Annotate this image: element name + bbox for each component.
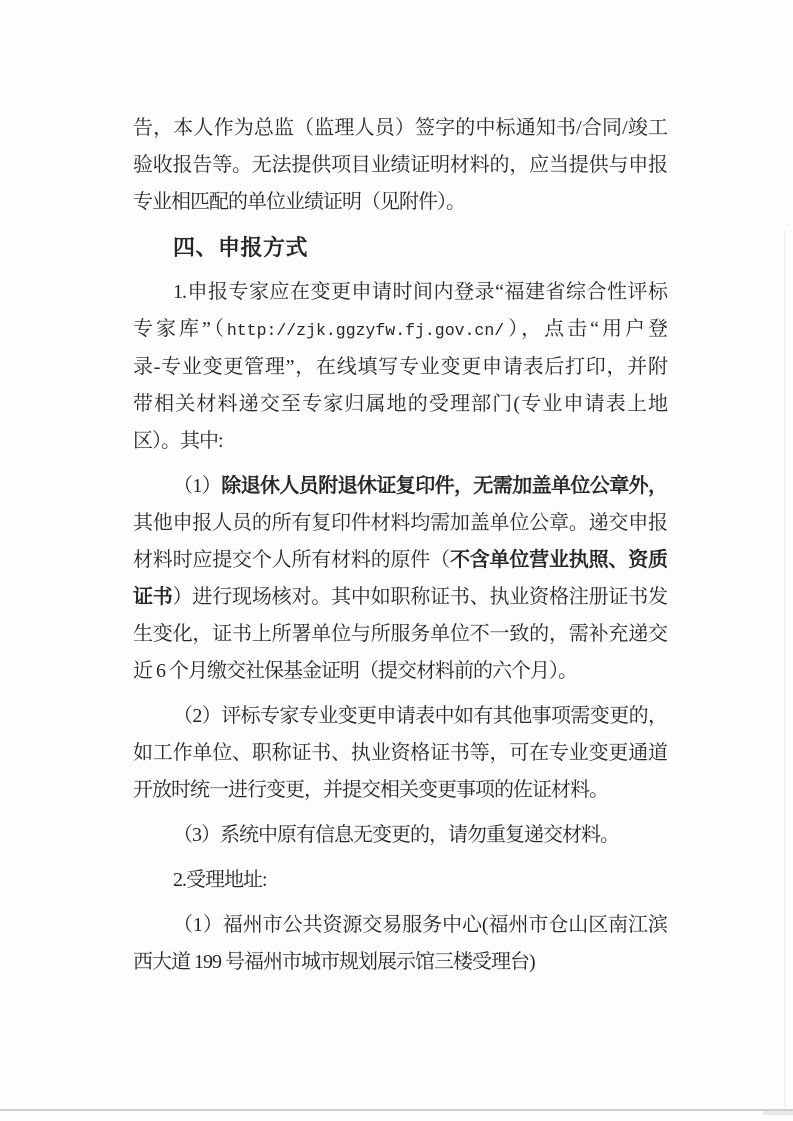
text-line: 四、申报方式 bbox=[133, 229, 667, 266]
text-line: 生变化，证书上所署单位与所服务单位不一致的，需补充递交 bbox=[133, 616, 667, 653]
bold-text-segment: 证书 bbox=[133, 586, 173, 608]
page-right-edge-line bbox=[784, 230, 785, 1107]
text-line: 告，本人作为总监（监理人员）签字的中标通知书/合同/竣工 bbox=[133, 110, 667, 147]
text-line: 专业相匹配的单位业绩证明（见附件）。 bbox=[133, 184, 667, 221]
paragraph-6: 2.受理地址: bbox=[133, 862, 667, 899]
text-segment: 如工作单位、职称证书、执业资格证书等，可在专业变更通道 bbox=[133, 742, 667, 764]
paragraph-7: （1）福州市公共资源交易服务中心(福州市仓山区南江滨西大道 199 号福州市城市… bbox=[133, 907, 667, 981]
text-line: （2）评标专家专业变更申请表中如有其他事项需变更的， bbox=[133, 698, 667, 735]
text-line: 其他申报人员的所有复印件材料均需加盖单位公章。递交申报 bbox=[133, 505, 667, 542]
bold-text-segment: 除退休人员附退休证复印件，无需加盖单位公章外， bbox=[221, 475, 667, 497]
text-line: 验收报告等。无法提供项目业绩证明材料的，应当提供与申报 bbox=[133, 147, 667, 184]
url-text: http://zjk.ggzyfw.fj.gov.cn/ bbox=[227, 321, 504, 340]
text-line: （3）系统中原有信息无变更的，请勿重复递交材料。 bbox=[133, 817, 667, 854]
paragraph-5: （3）系统中原有信息无变更的，请勿重复递交材料。 bbox=[133, 817, 667, 854]
text-segment: 生变化，证书上所署单位与所服务单位不一致的，需补充递交 bbox=[133, 623, 667, 645]
text-line: 带相关材料递交至专家归属地的受理部门(专业申请表上地 bbox=[133, 386, 667, 423]
text-line: 区）。其中: bbox=[133, 423, 667, 460]
document-page: 告，本人作为总监（监理人员）签字的中标通知书/合同/竣工验收报告等。无法提供项目… bbox=[0, 0, 793, 1121]
text-line: （1）除退休人员附退休证复印件，无需加盖单位公章外， bbox=[133, 468, 667, 505]
text-line: 专家库”（http://zjk.ggzyfw.fj.gov.cn/），点击“用户… bbox=[133, 311, 667, 349]
text-segment: ），点击“用户登 bbox=[504, 318, 667, 340]
paragraph-2: 1.申报专家应在变更申请时间内登录“福建省综合性评标专家库”（http://zj… bbox=[133, 274, 667, 460]
text-segment: ）进行现场核对。其中如职称证书、执业资格注册证书发 bbox=[173, 586, 667, 608]
text-segment: 专家库”（ bbox=[133, 318, 227, 340]
text-segment: 材料时应提交个人所有材料的原件（ bbox=[133, 549, 450, 571]
text-line: 2.受理地址: bbox=[133, 862, 667, 899]
text-segment: 告，本人作为总监（监理人员）签字的中标通知书/合同/竣工 bbox=[133, 117, 667, 139]
bold-text-segment: 不含单位营业执照、资质 bbox=[450, 549, 667, 571]
text-segment: 2.受理地址: bbox=[173, 869, 267, 891]
text-segment: 验收报告等。无法提供项目业绩证明材料的，应当提供与申报 bbox=[133, 154, 667, 176]
text-line: （1）福州市公共资源交易服务中心(福州市仓山区南江滨 bbox=[133, 907, 667, 944]
bold-text-segment: 四、申报方式 bbox=[173, 235, 308, 260]
text-segment: （1） bbox=[173, 475, 221, 497]
text-segment: 专业相匹配的单位业绩证明（见附件）。 bbox=[133, 191, 465, 213]
text-line: 西大道 199 号福州市城市规划展示馆三楼受理台) bbox=[133, 944, 667, 981]
text-segment: （1）福州市公共资源交易服务中心(福州市仓山区南江滨 bbox=[173, 914, 667, 936]
document-content: 告，本人作为总监（监理人员）签字的中标通知书/合同/竣工验收报告等。无法提供项目… bbox=[133, 110, 667, 989]
text-segment: 录-专业变更管理”，在线填写专业变更申请表后打印，并附 bbox=[133, 356, 667, 378]
text-line: 开放时统一进行变更，并提交相关变更事项的佐证材料。 bbox=[133, 772, 667, 809]
text-segment: （2）评标专家专业变更申请表中如有其他事项需变更的， bbox=[173, 705, 667, 727]
text-line: 证书）进行现场核对。其中如职称证书、执业资格注册证书发 bbox=[133, 579, 667, 616]
text-line: 录-专业变更管理”，在线填写专业变更申请表后打印，并附 bbox=[133, 349, 667, 386]
text-segment: 其他申报人员的所有复印件材料均需加盖单位公章。递交申报 bbox=[133, 512, 667, 534]
paragraph-3: （1）除退休人员附退休证复印件，无需加盖单位公章外，其他申报人员的所有复印件材料… bbox=[133, 468, 667, 690]
text-line: 1.申报专家应在变更申请时间内登录“福建省综合性评标 bbox=[133, 274, 667, 311]
paragraph-4: （2）评标专家专业变更申请表中如有其他事项需变更的，如工作单位、职称证书、执业资… bbox=[133, 698, 667, 809]
page-bottom-edge-line bbox=[0, 1109, 793, 1111]
paragraph-0: 告，本人作为总监（监理人员）签字的中标通知书/合同/竣工验收报告等。无法提供项目… bbox=[133, 110, 667, 221]
text-segment: 区）。其中: bbox=[133, 430, 223, 452]
text-line: 如工作单位、职称证书、执业资格证书等，可在专业变更通道 bbox=[133, 735, 667, 772]
text-line: 近 6 个月缴交社保基金证明（提交材料前的六个月）。 bbox=[133, 653, 667, 690]
text-segment: （3）系统中原有信息无变更的，请勿重复递交材料。 bbox=[173, 824, 619, 846]
text-segment: 1.申报专家应在变更申请时间内登录“福建省综合性评标 bbox=[173, 281, 667, 303]
section-heading: 四、申报方式 bbox=[133, 229, 667, 266]
text-segment: 近 6 个月缴交社保基金证明（提交材料前的六个月）。 bbox=[133, 660, 577, 682]
text-segment: 开放时统一进行变更，并提交相关变更事项的佐证材料。 bbox=[133, 779, 608, 801]
text-line: 材料时应提交个人所有材料的原件（不含单位营业执照、资质 bbox=[133, 542, 667, 579]
text-segment: 带相关材料递交至专家归属地的受理部门(专业申请表上地 bbox=[133, 393, 667, 415]
text-segment: 西大道 199 号福州市城市规划展示馆三楼受理台) bbox=[133, 951, 535, 973]
